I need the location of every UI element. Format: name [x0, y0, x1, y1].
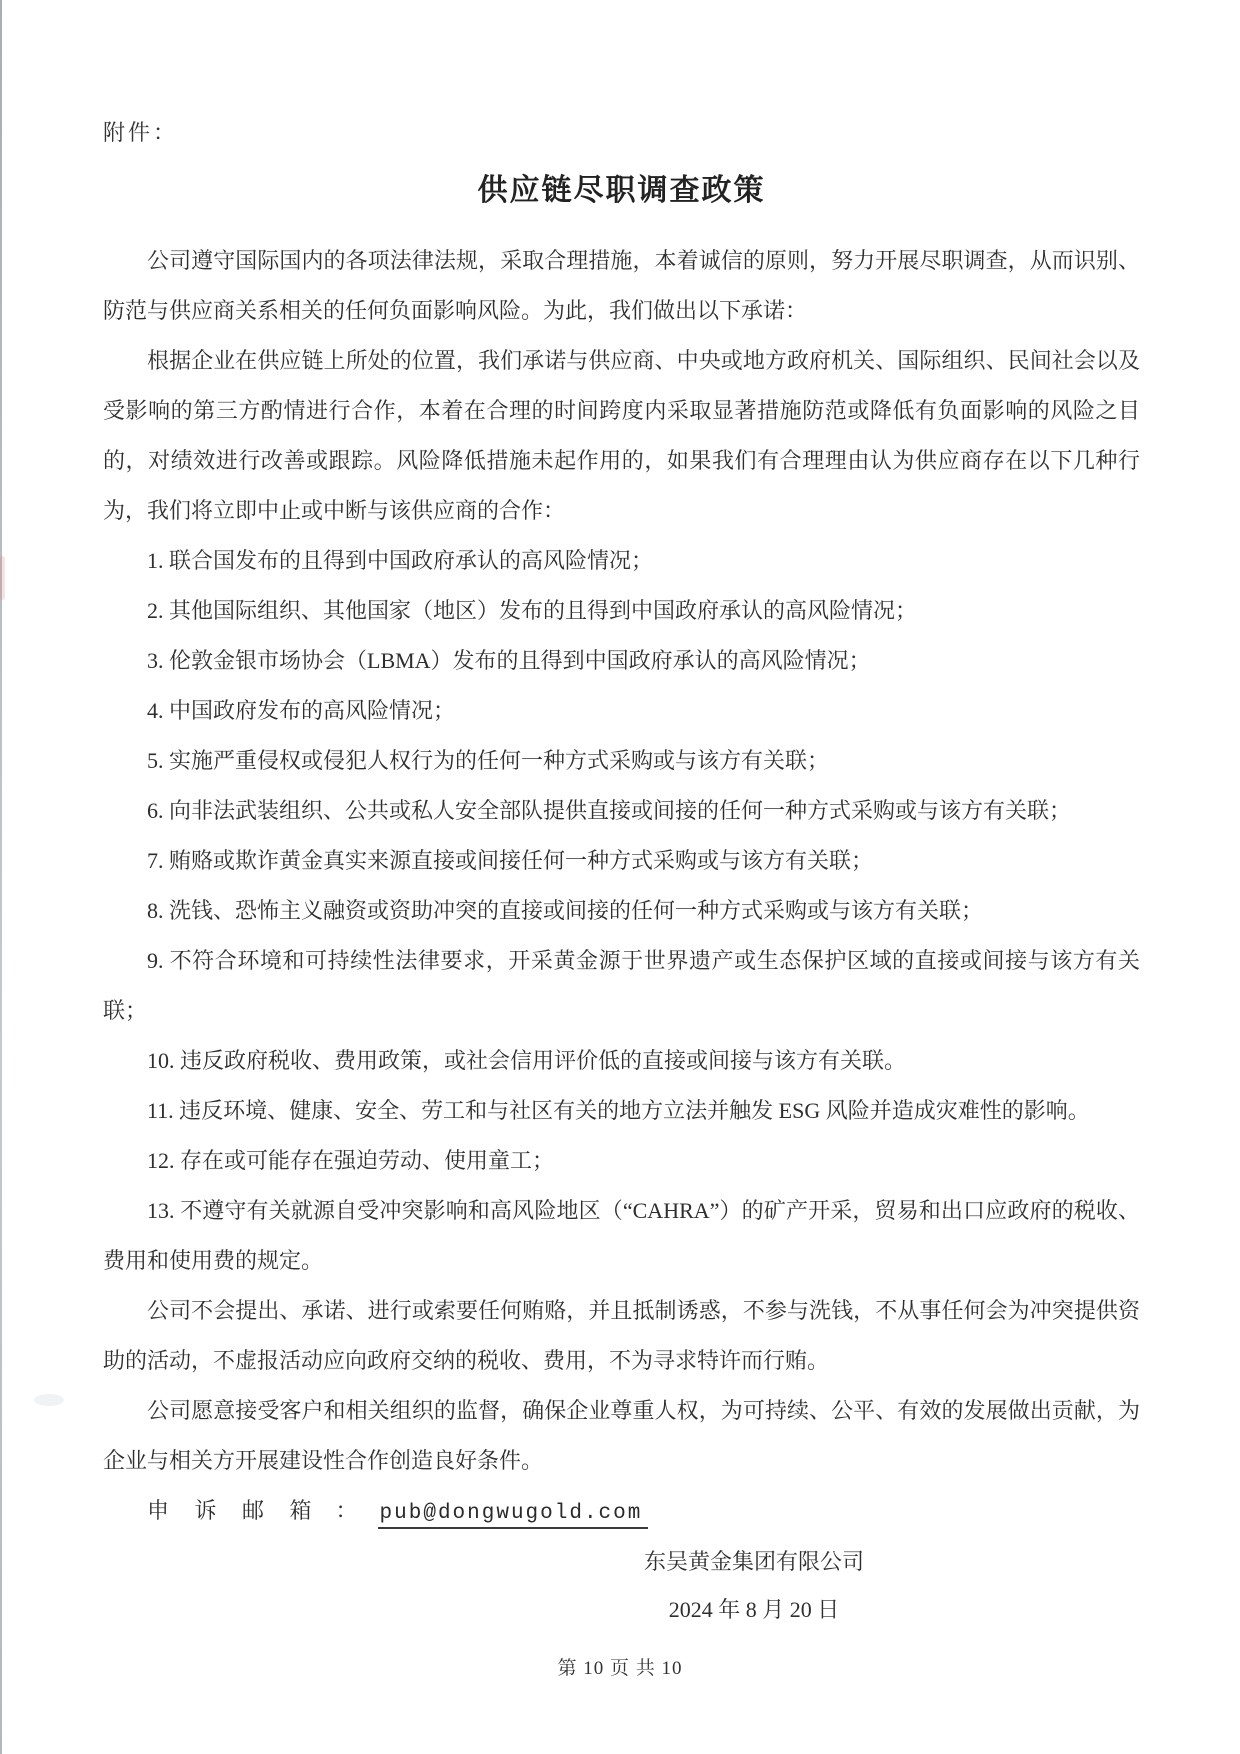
policy-list-item-6: 6. 向非法武装组织、公共或私人安全部队提供直接或间接的任何一种方式采购或与该方… — [103, 786, 1140, 836]
policy-list-item-13: 13. 不遵守有关就源自受冲突影响和高风险地区（“CAHRA”）的矿产开采，贸易… — [103, 1186, 1140, 1286]
complaint-email-link[interactable]: pub@dongwugold.com — [378, 1502, 649, 1529]
signature-block: 东吴黄金集团有限公司 2024 年 8 月 20 日 — [644, 1538, 864, 1634]
signature-company: 东吴黄金集团有限公司 — [644, 1538, 864, 1586]
attachment-label: 附件： — [103, 118, 1140, 148]
policy-list-item-9: 9. 不符合环境和可持续性法律要求，开采黄金源于世界遗产或生态保护区域的直接或间… — [103, 936, 1140, 1036]
page-number-footer: 第 10 页 共 10 — [0, 1656, 1240, 1682]
policy-list-item-7: 7. 贿赂或欺诈黄金真实来源直接或间接任何一种方式采购或与该方有关联； — [103, 836, 1140, 886]
policy-list-item-3: 3. 伦敦金银市场协会（LBMA）发布的且得到中国政府承认的高风险情况； — [103, 636, 1140, 686]
signature-date: 2024 年 8 月 20 日 — [644, 1586, 864, 1634]
complaint-email-separator: ： — [336, 1498, 358, 1523]
intro-paragraph-2: 根据企业在供应链上所处的位置，我们承诺与供应商、中央或地方政府机关、国际组织、民… — [103, 336, 1140, 536]
complaint-email-label: 申 诉 邮 箱 — [147, 1498, 322, 1523]
document-body: 公司遵守国际国内的各项法律法规，采取合理措施，本着诚信的原则，努力开展尽职调查，… — [103, 236, 1140, 1536]
policy-list-item-2: 2. 其他国际组织、其他国家（地区）发布的且得到中国政府承认的高风险情况； — [103, 586, 1140, 636]
document-page: 附件： 供应链尽职调查政策 公司遵守国际国内的各项法律法规，采取合理措施，本着诚… — [0, 0, 1240, 1754]
policy-list-item-4: 4. 中国政府发布的高风险情况； — [103, 686, 1140, 736]
complaint-email-line: 申 诉 邮 箱：pub@dongwugold.com — [103, 1486, 1140, 1536]
policy-list-item-12: 12. 存在或可能存在强迫劳动、使用童工； — [103, 1136, 1140, 1186]
policy-list-item-1: 1. 联合国发布的且得到中国政府承认的高风险情况； — [103, 536, 1140, 586]
policy-list-item-8: 8. 洗钱、恐怖主义融资或资助冲突的直接或间接的任何一种方式采购或与该方有关联； — [103, 886, 1140, 936]
closing-paragraph-2: 公司愿意接受客户和相关组织的监督，确保企业尊重人权，为可持续、公平、有效的发展做… — [103, 1386, 1140, 1486]
page-title: 供应链尽职调查政策 — [103, 170, 1140, 212]
policy-list-item-10: 10. 违反政府税收、费用政策，或社会信用评价低的直接或间接与该方有关联。 — [103, 1036, 1140, 1086]
intro-paragraph-1: 公司遵守国际国内的各项法律法规，采取合理措施，本着诚信的原则，努力开展尽职调查，… — [103, 236, 1140, 336]
closing-paragraph-1: 公司不会提出、承诺、进行或索要任何贿赂，并且抵制诱惑，不参与洗钱，不从事任何会为… — [103, 1286, 1140, 1386]
policy-list-item-5: 5. 实施严重侵权或侵犯人权行为的任何一种方式采购或与该方有关联； — [103, 736, 1140, 786]
policy-list-item-11: 11. 违反环境、健康、安全、劳工和与社区有关的地方立法并触发 ESG 风险并造… — [103, 1086, 1140, 1136]
